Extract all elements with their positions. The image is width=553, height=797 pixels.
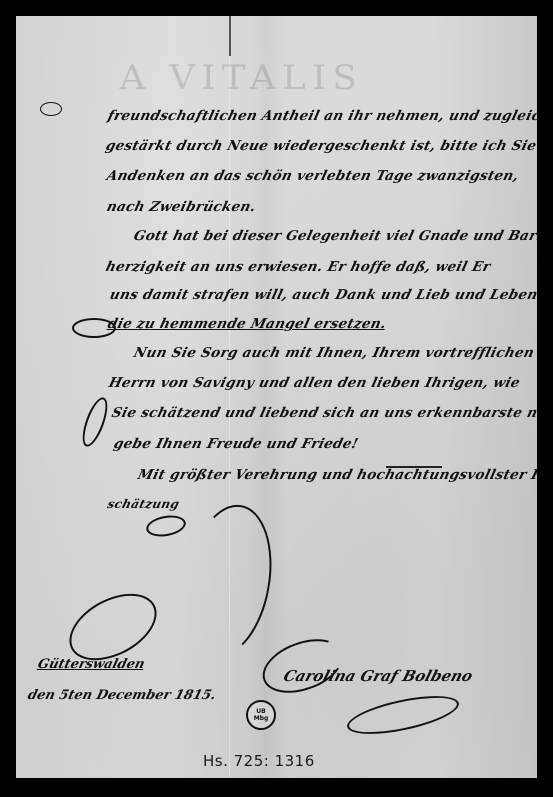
paper-fold-mark <box>229 16 231 56</box>
letter-date: den 5ten December 1815. <box>26 688 217 703</box>
letter-line-8: die zu hemmende Mangel ersetzen. <box>106 316 388 332</box>
signature-flourish <box>255 629 350 703</box>
letter-line-10: Herrn von Savigny und allen den lieben I… <box>107 375 522 391</box>
library-stamp: UB Mbg <box>246 700 276 730</box>
letter-line-11: Sie schätzend und liebend sich an uns er… <box>110 405 537 421</box>
letter-line-12: gebe Ihnen Freude und Friede! <box>112 436 360 452</box>
letter-line-1: freundschaftlichen Antheil an ihr nehmen… <box>106 108 537 124</box>
letter-line-9: Nun Sie Sorg auch mit Ihnen, Ihrem vortr… <box>132 345 536 361</box>
letter-line-6: herzigkeit an uns erwiesen. Er hoffe daß… <box>104 259 492 275</box>
stamp-line-1: UB <box>256 708 265 715</box>
signature-flourish <box>173 498 282 664</box>
shelfmark: Hs. 725: 1316 <box>203 752 315 770</box>
flourish-ornament <box>72 318 116 338</box>
bleed-through-watermark: A VITALIS <box>120 58 393 98</box>
letter-line-4: nach Zweibrücken. <box>105 199 258 215</box>
signature: Carolina Graf Bolbeno <box>281 667 474 685</box>
flourish-ornament <box>78 394 113 449</box>
place-name: Gütterswalden <box>36 657 146 672</box>
letter-line-14: schätzung <box>106 497 181 511</box>
manuscript-page: A VITALIS freundschaftlichen Antheil an … <box>16 16 537 778</box>
letter-line-7: uns damit strafen will, auch Dank und Li… <box>108 287 537 303</box>
signature-flourish <box>344 688 462 741</box>
flourish-ornament <box>145 513 188 540</box>
stamp-line-2: Mbg <box>254 715 269 722</box>
letter-line-2: gestärkt durch Neue wiedergeschenkt ist,… <box>104 138 537 154</box>
letter-line-13: Mit größter Verehrung und hochachtungsvo… <box>136 467 537 483</box>
letter-line-5: Gott hat bei dieser Gelegenheit viel Gna… <box>132 228 537 244</box>
flourish-ornament <box>40 102 62 116</box>
letter-line-3: Andenken an das schön verlebten Tage zwa… <box>105 168 520 184</box>
